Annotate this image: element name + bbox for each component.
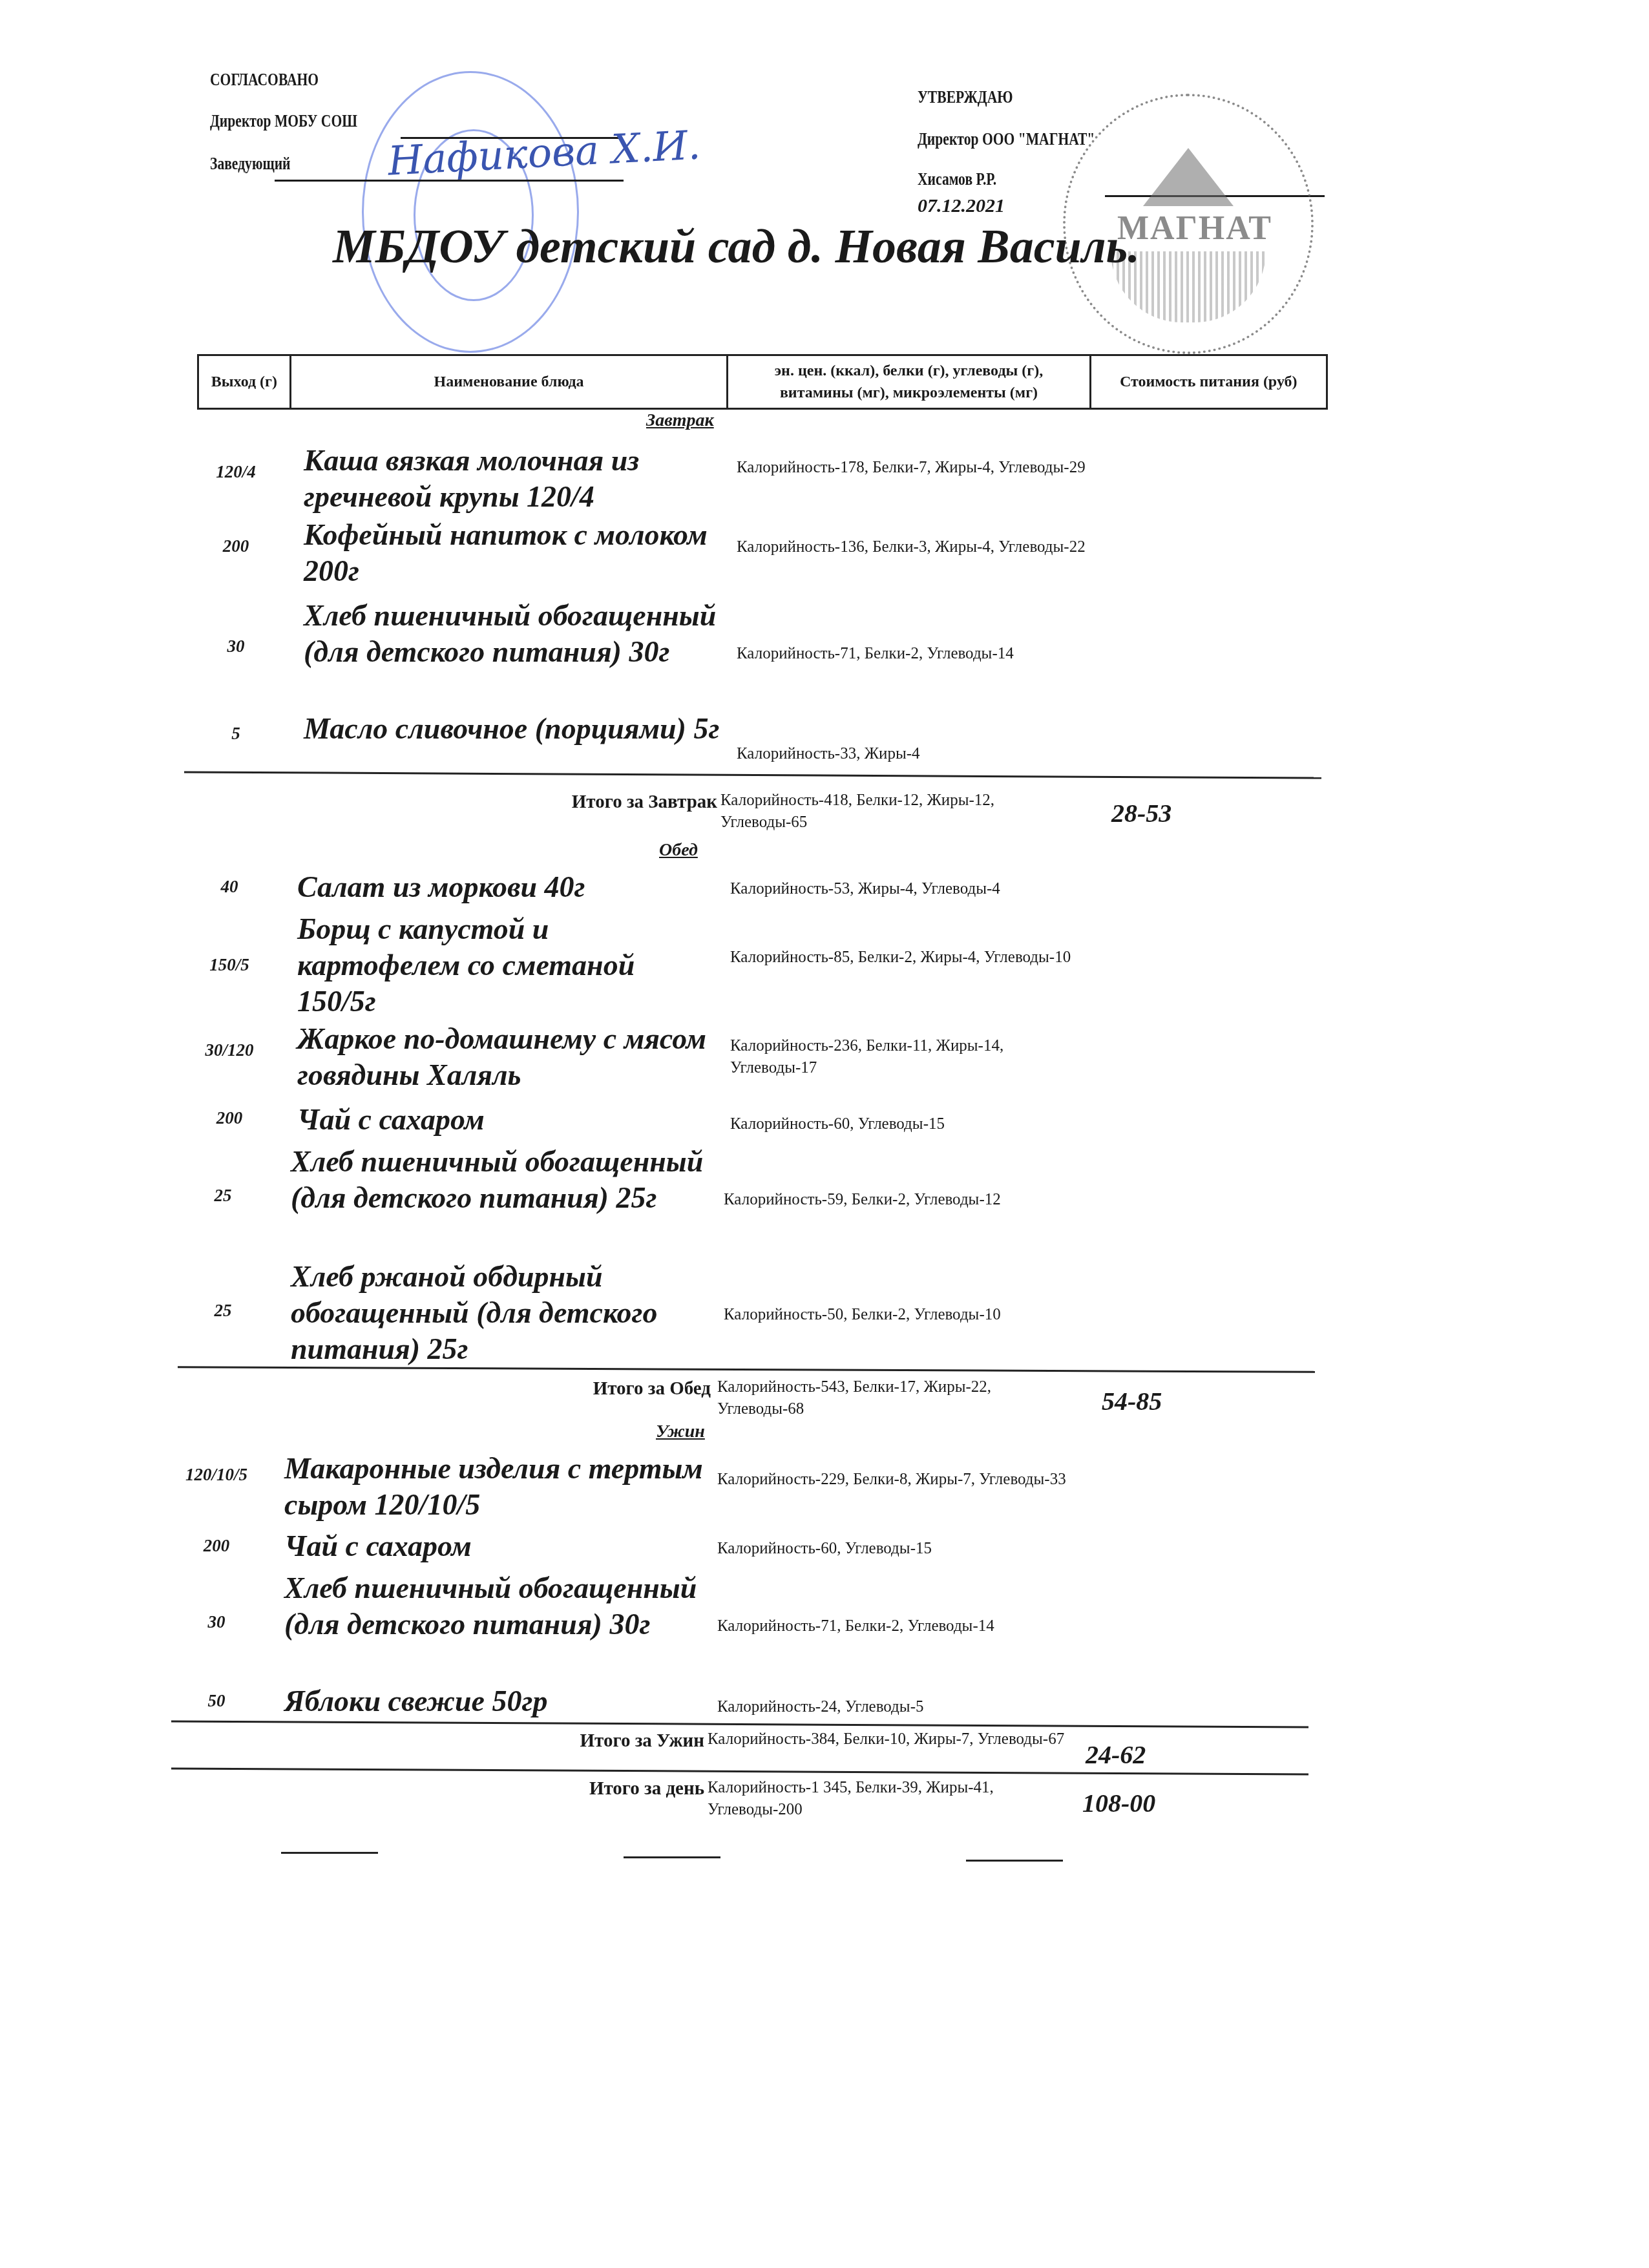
approval-right-heading: УТВЕРЖДАЮ [918,87,1013,107]
lunch-total-label: Итого за Обед [452,1378,711,1400]
breakfast-total-cost: 28-53 [1111,798,1171,828]
dinner-total-cost: 24-62 [1086,1739,1146,1770]
day-total-nutrition: Калорийность-1 345, Белки-39, Жиры-41, У… [708,1777,1069,1821]
approval-left-position: Директор МОБУ СОШ [210,111,357,131]
dinner-total-label: Итого за Ужин [452,1730,704,1752]
col-nutrition: эн. цен. (ккал), белки (г), углеводы (г)… [728,355,1090,409]
row-dish: Макаронные изделия с тертым сыром 120/10… [284,1451,704,1523]
day-total-cost: 108-00 [1082,1788,1155,1818]
row-dish: Чай с сахаром [297,1102,717,1138]
row-yield: 200 [194,536,278,556]
row-dish: Борщ с капустой и картофелем со сметаной… [297,911,717,1020]
footer-signature-line-1 [281,1852,378,1854]
footer-signature-line-2 [624,1856,720,1858]
row-yield: 200 [187,1108,271,1128]
row-yield: 25 [181,1186,265,1206]
row-yield: 40 [187,877,271,897]
row-yield: 50 [174,1691,258,1711]
row-nutrition: Калорийность-136, Белки-3, Жиры-4, Углев… [737,536,1098,558]
section-breakfast-title: Завтрак [646,410,714,431]
day-total-label: Итого за день [452,1778,704,1800]
row-dish: Масло сливочное (порциями) 5г [304,711,724,747]
row-nutrition: Калорийность-71, Белки-2, Углеводы-14 [737,643,1098,665]
row-dish: Чай с сахаром [284,1528,704,1564]
row-nutrition: Калорийность-60, Углеводы-15 [730,1113,1092,1135]
row-dish: Хлеб пшеничный обогащенный (для детского… [291,1144,711,1216]
breakfast-total-label: Итого за Завтрак [452,792,717,813]
section-divider [178,1366,1315,1373]
stamp-mountain-icon [1143,148,1234,206]
approval-right-position: Директор ООО "МАГНАТ" [918,129,1095,149]
row-nutrition: Калорийность-229, Белки-8, Жиры-7, Углев… [717,1469,1079,1491]
footer-signature-line-3 [966,1860,1063,1862]
row-dish: Хлеб ржаной обдирный обогащенный (для де… [291,1259,711,1367]
section-divider [184,771,1321,779]
row-nutrition: Калорийность-33, Жиры-4 [737,743,1098,765]
row-dish: Жаркое по-домашнему с мясом говядины Хал… [297,1021,717,1093]
approval-date: 07.12.2021 [918,195,1005,217]
row-nutrition: Калорийность-178, Белки-7, Жиры-4, Углев… [737,457,1098,479]
row-yield: 200 [174,1536,258,1556]
menu-table-header: Выход (г) Наименование блюда эн. цен. (к… [197,354,1328,410]
row-yield: 120/10/5 [174,1462,258,1487]
page-title: МБДОУ детский сад д. Новая Василь. [333,220,1140,275]
approval-left-heading: СОГЛАСОВАНО [210,70,319,90]
row-yield: 30 [174,1612,258,1632]
row-yield: 25 [181,1301,265,1321]
approval-right-name: Хисамов Р.Р. [918,169,996,189]
col-cost: Стоимость питания (руб) [1090,355,1327,409]
row-yield: 5 [194,724,278,744]
row-yield: 30 [194,636,278,656]
row-yield: 150/5 [187,955,271,975]
row-nutrition: Калорийность-236, Белки-11, Жиры-14, Угл… [730,1035,1092,1079]
row-dish: Хлеб пшеничный обогащенный (для детского… [284,1570,704,1643]
approval-left-role: Заведующий [210,154,291,174]
row-nutrition: Калорийность-50, Белки-2, Углеводы-10 [724,1304,1086,1326]
row-dish: Кофейный напиток с молоком 200г [304,517,724,589]
row-nutrition: Калорийность-53, Жиры-4, Углеводы-4 [730,878,1092,900]
row-dish: Салат из моркови 40г [297,869,717,905]
col-dish-name: Наименование блюда [290,355,727,409]
dinner-total-nutrition: Калорийность-384, Белки-10, Жиры-7, Угле… [708,1728,1069,1750]
lunch-total-nutrition: Калорийность-543, Белки-17, Жиры-22, Угл… [717,1376,1079,1420]
col-nutrition-line2: витамины (мг), микроэлементы (мг) [732,382,1085,404]
section-dinner-title: Ужин [656,1422,705,1442]
lunch-total-cost: 54-85 [1102,1386,1162,1416]
section-divider [171,1720,1308,1728]
row-dish: Яблоки свежие 50гр [284,1683,704,1719]
col-yield: Выход (г) [198,355,291,409]
row-nutrition: Калорийность-60, Углеводы-15 [717,1538,1079,1560]
section-lunch-title: Обед [659,840,698,861]
breakfast-total-nutrition: Калорийность-418, Белки-12, Жиры-12, Угл… [720,790,1082,834]
row-yield: 30/120 [187,1040,271,1060]
row-nutrition: Калорийность-85, Белки-2, Жиры-4, Углево… [730,947,1092,969]
row-nutrition: Калорийность-59, Белки-2, Углеводы-12 [724,1189,1086,1211]
row-dish: Каша вязкая молочная из гречневой крупы … [304,443,724,515]
row-yield: 120/4 [194,462,278,482]
row-dish: Хлеб пшеничный обогащенный (для детского… [304,598,724,670]
row-nutrition: Калорийность-71, Белки-2, Углеводы-14 [717,1615,1079,1637]
row-nutrition: Калорийность-24, Углеводы-5 [717,1696,1079,1718]
col-nutrition-line1: эн. цен. (ккал), белки (г), углеводы (г)… [732,360,1085,382]
